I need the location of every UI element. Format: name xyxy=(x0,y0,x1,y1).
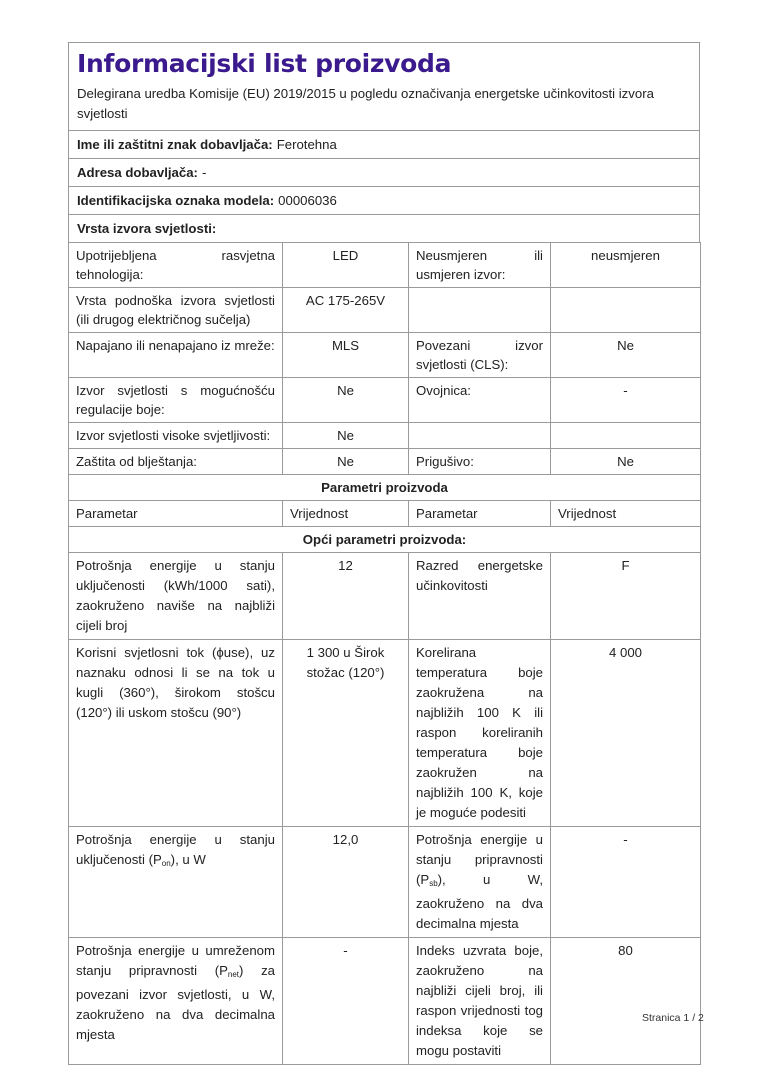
parameter-label: Potrošnja energije u stanju uključenosti… xyxy=(69,827,283,938)
parameter-label: Ovojnica: xyxy=(409,378,551,423)
parameter-label: Potrošnja energije u stanju pripravnosti… xyxy=(409,827,551,938)
parameter-label-subscript: net xyxy=(228,970,239,979)
light-source-type-row: Vrsta izvora svjetlosti: xyxy=(69,215,699,242)
light-source-row: Vrsta podnoška izvora svjetlosti (ili dr… xyxy=(69,288,701,333)
column-header-row: Parametar Vrijednost Parametar Vrijednos… xyxy=(69,501,701,527)
section-title-row: Parametri proizvoda xyxy=(69,475,701,501)
parameter-label: Izvor svjetlosti visoke svjetljivosti: xyxy=(69,423,283,449)
parameter-value: 4 000 xyxy=(551,640,701,827)
col-header-value-2: Vrijednost xyxy=(551,501,701,527)
parameter-value: AC 175-265V xyxy=(283,288,409,333)
general-title-row: Opći parametri proizvoda: xyxy=(69,527,701,553)
parameter-label-subscript: on xyxy=(162,859,171,868)
light-source-row: Upotrijebljena rasvjetna tehnologija:LED… xyxy=(69,243,701,288)
parameter-label: Neusmjeren ili usmjeren izvor: xyxy=(409,243,551,288)
parameter-value: - xyxy=(551,827,701,938)
supplier-address-row: Adresa dobavljača:- xyxy=(69,159,699,187)
parameter-label: Potrošnja energije u umreženom stanju pr… xyxy=(69,938,283,1065)
parameter-value: 1 300 u Širok stožac (120°) xyxy=(283,640,409,827)
page-number: Stranica 1 / 2 xyxy=(642,1012,704,1024)
header-frame: Informacijski list proizvoda Delegirana … xyxy=(68,42,700,242)
light-source-row: Izvor svjetlosti s mogućnošću regulacije… xyxy=(69,378,701,423)
model-id-row: Identifikacijska oznaka modela:00006036 xyxy=(69,187,699,215)
parameter-value: Ne xyxy=(283,449,409,475)
parameter-label: Razred energetske učinkovitosti xyxy=(409,553,551,640)
light-source-row: Izvor svjetlosti visoke svjetljivosti:Ne xyxy=(69,423,701,449)
parameter-label: Napajano ili nenapajano iz mreže: xyxy=(69,333,283,378)
parameters-table: Upotrijebljena rasvjetna tehnologija:LED… xyxy=(68,242,701,1065)
parameter-value: 12 xyxy=(283,553,409,640)
parameter-value xyxy=(551,423,701,449)
parameter-label: Zaštita od blještanja: xyxy=(69,449,283,475)
supplier-name-row: Ime ili zaštitni znak dobavljača:Feroteh… xyxy=(69,131,699,159)
parameter-label: Korelirana temperatura boje zaokružena n… xyxy=(409,640,551,827)
parameter-value xyxy=(551,288,701,333)
parameter-label-subscript: sb xyxy=(429,879,437,888)
parameter-label: Vrsta podnoška izvora svjetlosti (ili dr… xyxy=(69,288,283,333)
col-header-parameter-2: Parametar xyxy=(409,501,551,527)
supplier-address-label: Adresa dobavljača: xyxy=(77,165,198,180)
col-header-parameter-1: Parametar xyxy=(69,501,283,527)
product-param-row: Potrošnja energije u stanju uključenosti… xyxy=(69,827,701,938)
light-source-type-label: Vrsta izvora svjetlosti: xyxy=(77,221,216,236)
product-params-header: Parametri proizvoda Parametar Vrijednost… xyxy=(69,475,701,553)
supplier-name-value: Ferotehna xyxy=(277,137,337,152)
parameter-value: 12,0 xyxy=(283,827,409,938)
parameter-label: Povezani izvor svjetlosti (CLS): xyxy=(409,333,551,378)
col-header-value-1: Vrijednost xyxy=(283,501,409,527)
parameter-value: Ne xyxy=(551,449,701,475)
parameter-label: Upotrijebljena rasvjetna tehnologija: xyxy=(69,243,283,288)
light-source-table-body: Upotrijebljena rasvjetna tehnologija:LED… xyxy=(69,243,701,475)
parameter-value: Ne xyxy=(551,333,701,378)
light-source-row: Zaštita od blještanja:NePrigušivo:Ne xyxy=(69,449,701,475)
parameter-value: neusmjeren xyxy=(551,243,701,288)
model-id-label: Identifikacijska oznaka modela: xyxy=(77,193,274,208)
parameter-label: Prigušivo: xyxy=(409,449,551,475)
parameter-value: MLS xyxy=(283,333,409,378)
parameter-value: LED xyxy=(283,243,409,288)
parameter-label: Korisni svjetlosni tok (ϕuse), uz naznak… xyxy=(69,640,283,827)
model-id-value: 00006036 xyxy=(278,193,337,208)
parameter-label: Izvor svjetlosti s mogućnošću regulacije… xyxy=(69,378,283,423)
page-subtitle: Delegirana uredba Komisije (EU) 2019/201… xyxy=(69,82,699,131)
parameter-value: F xyxy=(551,553,701,640)
parameter-label: Indeks uzvrata boje, zaokruženo na najbl… xyxy=(409,938,551,1065)
supplier-name-label: Ime ili zaštitni znak dobavljača: xyxy=(77,137,273,152)
parameter-label xyxy=(409,288,551,333)
parameter-label-text-end: ), u W xyxy=(171,852,206,867)
supplier-address-value: - xyxy=(202,165,206,180)
page-title: Informacijski list proizvoda xyxy=(69,43,699,82)
parameter-value: 80 xyxy=(551,938,701,1065)
section-title: Parametri proizvoda xyxy=(69,475,701,501)
product-params-table-body: Potrošnja energije u stanju uključenosti… xyxy=(69,553,701,1065)
parameter-label: Potrošnja energije u stanju uključenosti… xyxy=(69,553,283,640)
general-params-title: Opći parametri proizvoda: xyxy=(69,527,701,553)
light-source-row: Napajano ili nenapajano iz mreže:MLSPove… xyxy=(69,333,701,378)
parameter-value: - xyxy=(551,378,701,423)
parameter-value: Ne xyxy=(283,423,409,449)
parameter-label xyxy=(409,423,551,449)
product-param-row: Korisni svjetlosni tok (ϕuse), uz naznak… xyxy=(69,640,701,827)
product-information-sheet: Informacijski list proizvoda Delegirana … xyxy=(68,42,700,1065)
parameter-value: - xyxy=(283,938,409,1065)
product-param-row: Potrošnja energije u umreženom stanju pr… xyxy=(69,938,701,1065)
parameter-value: Ne xyxy=(283,378,409,423)
product-param-row: Potrošnja energije u stanju uključenosti… xyxy=(69,553,701,640)
